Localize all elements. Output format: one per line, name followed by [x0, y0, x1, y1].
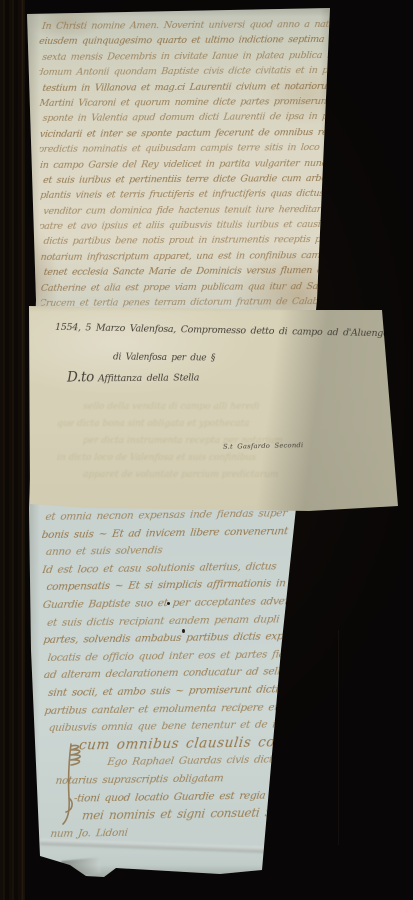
manuscript-text-top: In Christi nomine Amen. Noverint univers… [39, 17, 333, 319]
fold-notch [61, 857, 100, 877]
ink-speck [167, 602, 170, 605]
manuscript-line: sponte in Valentia apud domum dicti Laur… [42, 109, 333, 126]
archivist-slip: 1554, 5 Marzo Valenfosa, Compromesso det… [27, 303, 398, 513]
photo-backdrop: In Christi nomine Amen. Noverint univers… [0, 0, 413, 900]
slip-docket-line: D.toAffittanza della Stella [67, 368, 199, 385]
manuscript-line: plantis vineis et terris fructiferis et … [39, 186, 333, 203]
slip-showthrough: sello della vendita di campo alli heredi… [57, 399, 367, 484]
slip-place-line: di Valenfosa per due § [113, 352, 215, 363]
backdrop-scratch [338, 630, 339, 845]
manuscript-line: -tioni quod locatio Guardie est regia [49, 786, 319, 808]
manuscript-line: eiusdem quinquagesimo quarto et ultimo i… [39, 32, 332, 49]
manuscript-line: dictis partibus bene notis prout in inst… [43, 232, 333, 249]
ghost-showthrough-line: in dicto loco de Valenfosa et suis confi… [56, 450, 368, 467]
slip-docket-prefix: D.to [67, 369, 94, 385]
ghost-showthrough-line: que dicta bona sint obligata et ypotheca… [56, 416, 368, 433]
ghost-showthrough-line: apparet de voluntate parcium predictarum [82, 467, 368, 484]
manuscript-line: Ego Raphael Guardas civis dicte [48, 751, 318, 773]
ghost-showthrough-line: per dicta instrumenta recepta per notari… [82, 433, 368, 450]
book-spine [0, 0, 24, 900]
slip-docket-text: Affittanza della Stella [98, 372, 199, 384]
ink-speck [182, 629, 185, 633]
manuscript-line: quibusvis omnia que bene tenentur et de … [48, 716, 318, 738]
manuscript-line: domum Antonii quondam Baptiste civis dic… [39, 63, 332, 80]
notarial-sign-icon [58, 740, 88, 832]
ghost-showthrough-line: sello della vendita di campo alli heredi [82, 399, 368, 416]
book-spine-edge [22, 0, 25, 900]
manuscript-line: tenet ecclesia Sancte Marie de Dominicis… [43, 263, 333, 280]
manuscript-line: predictis nominatis et quibusdam campis … [39, 140, 333, 157]
